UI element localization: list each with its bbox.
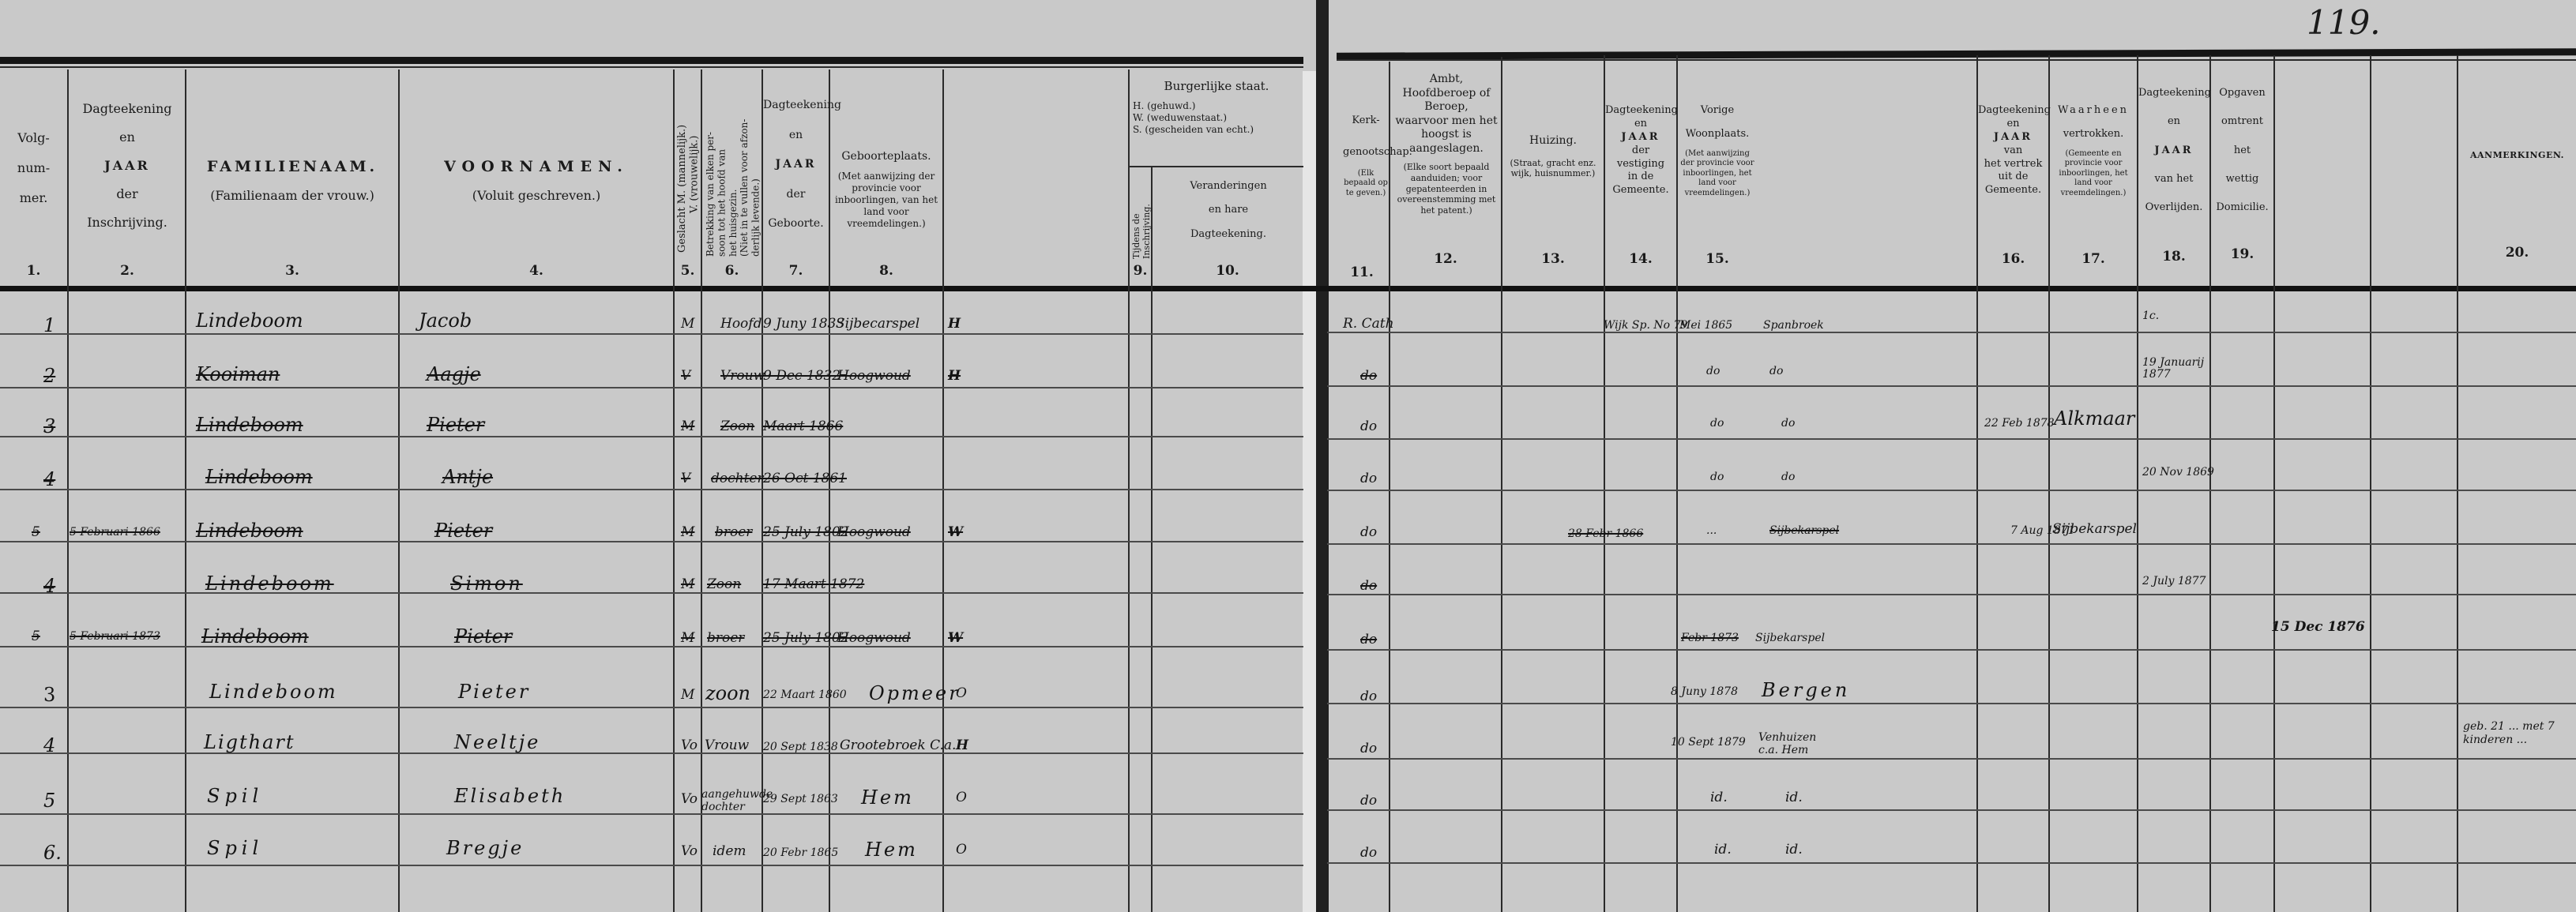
header-text: Dagteekening [2138, 87, 2209, 99]
family-name: Lindeboom [205, 572, 334, 595]
previous-residence: Spanbroek [1763, 319, 1824, 332]
column-number: 13. [1502, 251, 1604, 267]
row-number: 5 [32, 524, 40, 540]
birthplace: Grootebroek C.a. [840, 737, 956, 753]
header-col-6: Betrekking van elken per- soon tot het h… [705, 75, 762, 257]
row-line [1327, 649, 2576, 651]
header-text: Dagteekening [1605, 104, 1676, 118]
header-text: JAAR [1978, 131, 2048, 144]
header-text: en [1978, 118, 2048, 131]
family-name: Ligthart [204, 731, 295, 753]
header-text: derlijk levende.) [750, 75, 762, 257]
page-number: 119. [2307, 3, 2381, 42]
header-subtitle: (Met aanwijzing der provincie voor inboo… [1678, 149, 1757, 199]
row-number: 5 [43, 790, 55, 812]
col-divider [1128, 69, 1130, 912]
death-date: 2 July 1877 [2142, 575, 2206, 587]
departure-date: 22 Feb 1878 [1984, 417, 2055, 430]
header-text: en hare [1153, 204, 1303, 216]
header-text: Waarheen [2050, 104, 2137, 117]
birth-date: Maart 1866 [763, 418, 843, 434]
family-name: Kooiman [196, 363, 280, 385]
column-number: 20. [2458, 245, 2576, 261]
column-number: 6. [702, 263, 762, 279]
row-number: 5 [32, 629, 40, 644]
previous-residence: id. [1785, 790, 1803, 805]
row-number: 2 [43, 365, 55, 387]
header-subtitle: (Elk bepaald op te geven.) [1343, 169, 1389, 199]
row-line [0, 752, 1303, 754]
header-text: JAAR [1605, 131, 1676, 144]
row-line [0, 865, 1303, 866]
header-col-14: Dagteekening en JAAR der vestiging in de… [1605, 104, 1676, 197]
settlement-date: id. [1710, 790, 1728, 805]
header-text: Dagteekening [763, 99, 829, 113]
sex: M [681, 630, 694, 646]
col-divider [673, 69, 675, 912]
header-text: Dagteekening. [1153, 228, 1303, 241]
header-text: genootschap. [1343, 146, 1389, 159]
church: do [1360, 524, 1377, 540]
previous-residence: Sijbekarspel [1755, 632, 1825, 644]
header-col-20: AANMERKINGEN. [2458, 150, 2576, 161]
row-number: 4 [43, 468, 55, 490]
header-rule-thin [0, 66, 1303, 68]
first-names: Pieter [454, 625, 512, 647]
header-text: Woonplaats. [1678, 128, 1757, 141]
row-line [1327, 543, 2576, 545]
col-divider [2370, 55, 2371, 912]
header-title: Burgerlijke staat. [1130, 79, 1303, 94]
legend-item: H. (gehuwd.) [1130, 100, 1303, 112]
relation: Zoon [707, 576, 741, 592]
header-text: Overlijden. [2138, 201, 2209, 214]
header-col-19: Opgaven omtrent het wettig Domicilie. [2211, 87, 2273, 214]
birth-date: 22 Maart 1860 [763, 689, 847, 701]
church: do [1360, 418, 1377, 434]
column-number: 2. [70, 263, 185, 279]
header-title: Geboorteplaats. [831, 150, 942, 164]
header-text: en [70, 129, 185, 145]
settlement-date: Febr 1873 [1681, 632, 1739, 644]
header-text: der [70, 186, 185, 202]
birthplace: Hoogwoud [837, 630, 911, 646]
row-line [1327, 809, 2576, 811]
col-divider [1389, 62, 1390, 912]
column-number: 18. [2138, 249, 2209, 265]
settlement-date: do [1710, 417, 1724, 430]
settlement-date: 8 Juny 1878 [1671, 685, 1738, 698]
header-col-15: Vorige Woonplaats. (Met aanwijzing der p… [1678, 104, 1757, 198]
header-text: en [763, 129, 829, 143]
row-line [0, 592, 1303, 594]
column-number: 15. [1678, 251, 1757, 267]
header-title: Huizing. [1502, 134, 1604, 148]
header-text: vestiging [1605, 158, 1676, 171]
column-number: 5. [675, 263, 701, 279]
legend-item: W. (weduwenstaat.) [1130, 112, 1303, 124]
header-text: JAAR [763, 158, 829, 172]
header-col-13: Huizing. (Straat, gracht enz. wijk, huis… [1502, 134, 1604, 179]
header-col-11: Kerk- genootschap. (Elk bepaald op te ge… [1343, 114, 1389, 198]
header-text: (Niet in te vullen voor afzon- [739, 75, 750, 257]
dwelling: Wijk Sp. No 79 [1604, 319, 1687, 332]
previous-residence: id. [1785, 842, 1803, 858]
col-divider [1501, 57, 1502, 912]
birthplace: Hem [865, 839, 918, 861]
header-text: mer. [0, 190, 67, 206]
sex: M [681, 418, 694, 434]
row-line [1327, 594, 2576, 595]
relation: aangehuwde dochter [701, 788, 763, 813]
row-line [1327, 438, 2576, 440]
civil-status: O [956, 790, 967, 805]
header-burgerlijke-staat: Burgerlijke staat. H. (gehuwd.) W. (wedu… [1130, 79, 1303, 136]
header-text: Ambt, [1392, 73, 1501, 87]
header-text: Gemeente. [1605, 184, 1676, 197]
row-number: 3 [43, 415, 55, 437]
row-number: 4 [43, 734, 55, 756]
birth-date: 29 Sept 1863 [763, 793, 838, 805]
header-text: Betrekking van elken per- [705, 75, 716, 257]
header-subtitle: (Gemeente en provincie voor inboorlingen… [2050, 149, 2137, 199]
settlement-date: ... [1706, 524, 1717, 537]
settlement-date: id. [1714, 842, 1732, 858]
header-text: hoogst is aangeslagen. [1392, 128, 1501, 156]
sex: Vo [681, 737, 698, 753]
column-number: 16. [1978, 251, 2048, 267]
row-line [1327, 703, 2576, 704]
relation: Vrouw [720, 368, 765, 384]
header-text: Geslacht M. (mannelijk.) [676, 79, 689, 253]
header-title: AANMERKINGEN. [2458, 150, 2576, 161]
column-number: 3. [186, 263, 398, 279]
col-divider [829, 69, 830, 912]
family-name: Lindeboom [205, 466, 313, 488]
relation: Vrouw [705, 737, 749, 753]
header-text: soon tot het hoofd van [716, 75, 727, 257]
header-text: wettig [2211, 173, 2273, 186]
settlement-date: do [1706, 365, 1720, 377]
col-divider [942, 69, 944, 912]
header-subtitle: (Voluit geschreven.) [400, 188, 673, 204]
header-title: FAMILIENAAM. [186, 158, 398, 177]
header-col-17: Waarheen vertrokken. (Gemeente en provin… [2050, 104, 2137, 198]
church: do [1360, 368, 1377, 384]
column-number: 14. [1605, 251, 1676, 267]
church: do [1360, 845, 1377, 861]
column-number: 17. [2050, 251, 2137, 267]
relation: zoon [705, 682, 750, 704]
column-number: 19. [2211, 246, 2273, 262]
header-text: Dagteekening [70, 101, 185, 117]
left-page [0, 0, 1321, 912]
col-divider [2457, 55, 2458, 912]
header-text: het [2211, 144, 2273, 157]
birth-date: 9 Juny 1833 [763, 316, 844, 332]
row-line [0, 333, 1303, 335]
family-name: Lindeboom [209, 681, 338, 703]
col-divider [67, 69, 69, 912]
header-text: van [1978, 144, 2048, 158]
header-text: Geboorte. [763, 217, 829, 231]
birth-date: 20 Sept 1838 [763, 741, 838, 753]
church: do [1360, 793, 1377, 809]
header-text: Kerk- [1343, 114, 1389, 127]
header-text: Tijdens de [1131, 172, 1141, 259]
row-line [1327, 490, 2576, 491]
previous-residence: Sijbekarspel [1769, 524, 1839, 537]
header-col-18: Dagteekening en JAAR van het Overlijden. [2138, 87, 2209, 214]
church: do [1360, 578, 1377, 594]
relation: Zoon [720, 418, 754, 434]
birth-date: 25 July 1802 [763, 524, 849, 540]
header-text: en [1605, 118, 1676, 131]
family-name: Lindeboom [196, 414, 303, 436]
row-line [0, 387, 1303, 388]
family-name: Lindeboom [201, 625, 309, 647]
header-text: waarvoor men het [1392, 114, 1501, 129]
civil-status: H [956, 737, 968, 753]
previous-residence: Venhuizen c.a. Hem [1758, 731, 1837, 756]
first-names: Bregje [446, 837, 524, 859]
row-line [0, 436, 1303, 437]
family-name: Lindeboom [196, 520, 303, 542]
registration-date: 5 Februari 1873 [70, 630, 160, 643]
header-subtitle: (Met aanwijzing der provincie voor inboo… [831, 171, 942, 230]
header-text: en [2138, 115, 2209, 128]
header-col-1: Volg- num- mer. [0, 130, 67, 206]
row-number: 1 [43, 314, 55, 336]
birthplace: Hoogwoud [837, 524, 911, 540]
church: do [1360, 689, 1377, 704]
header-col-8: Geboorteplaats. (Met aanwijzing der prov… [831, 150, 942, 230]
registration-date: 5 Februari 1866 [70, 526, 160, 539]
civil-status: W [948, 524, 963, 540]
first-names: Neeltje [454, 731, 540, 753]
church: do [1360, 741, 1377, 756]
header-col-4: VOORNAMEN. (Voluit geschreven.) [400, 158, 673, 204]
header-col-5: Geslacht M. (mannelijk.) V. (vrouwelijk.… [676, 79, 701, 253]
previous-residence: do [1769, 365, 1783, 377]
row-number: 4 [43, 575, 55, 597]
row-line [0, 489, 1303, 490]
header-text: num- [0, 160, 67, 176]
header-subtitle: (Familienaam der vrouw.) [186, 188, 398, 204]
family-name: Spil [207, 837, 263, 859]
first-names: Jacob [419, 310, 472, 332]
first-names: Simon [450, 572, 523, 595]
row-number: 3 [43, 684, 55, 706]
sex: M [681, 524, 694, 540]
sex: V [681, 471, 690, 486]
row-line [1327, 332, 2576, 333]
death-date: 1c. [2142, 310, 2159, 322]
birthplace: Opmeer [869, 682, 961, 704]
row-line [1327, 862, 2576, 864]
sex: Vo [681, 843, 698, 859]
death-date: 19 Januarij 1877 [2142, 357, 2213, 381]
death-date: 15 Dec 1876 [2271, 619, 2365, 635]
first-names: Pieter [427, 414, 484, 436]
header-text: Beroep, [1392, 100, 1501, 114]
birthplace: Hoogwoud [837, 368, 911, 384]
header-text: Opgaven [2211, 87, 2273, 99]
birth-date: 17 Maart 1872 [763, 576, 864, 592]
destination: Alkmaar [2054, 407, 2134, 430]
header-col-12: Ambt, Hoofdberoep of Beroep, waarvoor me… [1392, 73, 1501, 216]
church: R. Cath [1343, 316, 1394, 332]
civil-status: O [956, 685, 967, 701]
header-col-16: Dagteekening en JAAR van het vertrek uit… [1978, 104, 2048, 197]
settlement-date: do [1710, 471, 1724, 483]
header-text: het huisgezin. [728, 75, 739, 257]
church: do [1360, 471, 1377, 486]
header-text: Dagteekening [1978, 104, 2048, 118]
previous-residence: do [1781, 471, 1795, 483]
birth-date: 9 Dec 1832 [763, 368, 840, 384]
family-name: Lindeboom [196, 310, 303, 332]
relation: idem [713, 843, 746, 859]
first-names: Pieter [458, 681, 530, 703]
sex: M [681, 687, 694, 703]
header-text: Gemeente. [1978, 184, 2048, 197]
burgerlijke-staat-divider [1128, 166, 1303, 167]
birthplace: Sijbecarspel [836, 316, 919, 332]
civil-status: O [956, 842, 967, 858]
row-line [1327, 758, 2576, 760]
sex: M [681, 316, 694, 332]
header-text: Domicilie. [2211, 201, 2273, 214]
header-text: der [763, 188, 829, 202]
column-number: 9. [1130, 263, 1151, 279]
sex: M [681, 576, 694, 592]
row-number: 6. [43, 842, 62, 864]
birthplace: Hem [861, 786, 914, 809]
birth-date: 25 July 1802 [763, 630, 849, 646]
dwelling: 28 Febr 1866 [1568, 527, 1643, 540]
civil-status: W [948, 630, 963, 646]
header-title: VOORNAMEN. [400, 158, 673, 177]
death-date: 20 Nov 1869 [2142, 466, 2214, 479]
header-col-9: Tijdens de Inschrijving. [1131, 172, 1152, 259]
header-rule-thin [1337, 59, 2576, 61]
sex: V [681, 368, 690, 384]
sex: Vo [681, 791, 698, 807]
header-text: Vorige [1678, 104, 1757, 117]
header-bottom-rule [0, 286, 2576, 291]
header-text: V. (vrouwelijk.) [689, 79, 701, 253]
church: do [1360, 632, 1377, 647]
column-number: 1. [0, 263, 67, 279]
row-line [0, 707, 1303, 708]
header-text: Inschrijving. [1141, 172, 1152, 259]
relation: broer [715, 524, 752, 540]
relation: Hoofd [720, 316, 762, 332]
col-divider [2273, 55, 2275, 912]
remark: geb. 21 ... met 7 kinderen ... [2463, 720, 2574, 747]
settlement-date: 10 Sept 1879 [1671, 736, 1746, 749]
first-names: Aagje [427, 363, 481, 385]
header-text: Inschrijving. [70, 215, 185, 231]
header-col-10: Veranderingen en hare Dagteekening. [1153, 180, 1303, 241]
birth-date: 26 Oct 1861 [763, 471, 847, 486]
header-text: der [1605, 144, 1676, 158]
column-number: 7. [763, 263, 829, 279]
legend-item: S. (gescheiden van echt.) [1130, 124, 1303, 136]
header-text: JAAR [70, 158, 185, 174]
column-number: 8. [830, 263, 942, 279]
settlement-date: Mei 1865 [1679, 319, 1732, 332]
relation: broer [707, 630, 744, 646]
header-col-3: FAMILIENAAM. (Familienaam der vrouw.) [186, 158, 398, 204]
previous-residence: Bergen [1762, 679, 1850, 701]
family-name: Spil [207, 785, 263, 807]
first-names: Pieter [434, 520, 492, 542]
column-number: 4. [400, 263, 673, 279]
civil-status: H [948, 316, 961, 332]
header-text: Veranderingen [1153, 180, 1303, 193]
header-text: JAAR [2138, 144, 2209, 157]
first-names: Elisabeth [454, 785, 566, 807]
column-number: 10. [1153, 263, 1303, 279]
header-text: van het [2138, 173, 2209, 186]
header-text: in de [1605, 171, 1676, 184]
header-text: Hoofdberoep of [1392, 87, 1501, 101]
book-gutter [1316, 0, 1329, 912]
header-text: uit de [1978, 171, 2048, 184]
first-names: Antje [442, 466, 493, 488]
header-text: het vertrek [1978, 158, 2048, 171]
header-col-7: Dagteekening en JAAR der Geboorte. [763, 99, 829, 231]
header-text: Volg- [0, 130, 67, 146]
col-divider [701, 69, 702, 912]
row-line [1327, 385, 2576, 387]
row-line [0, 813, 1303, 815]
column-number: 11. [1335, 265, 1389, 280]
header-col-2: Dagteekening en JAAR der Inschrijving. [70, 101, 185, 231]
relation: dochter [711, 471, 764, 486]
column-number: 12. [1390, 251, 1501, 267]
header-text: omtrent [2211, 115, 2273, 128]
header-subtitle: (Straat, gracht enz. wijk, huisnummer.) [1502, 158, 1604, 180]
header-top-rule-left [0, 57, 1303, 64]
birth-date: 20 Febr 1865 [763, 846, 838, 859]
destination: Sijbekarspel [2052, 521, 2137, 537]
header-subtitle: (Elke soort bepaald aanduiden; voor gepa… [1392, 162, 1501, 216]
civil-status: H [948, 368, 961, 384]
row-line [0, 646, 1303, 647]
previous-residence: do [1781, 417, 1795, 430]
header-text: vertrokken. [2050, 128, 2137, 141]
